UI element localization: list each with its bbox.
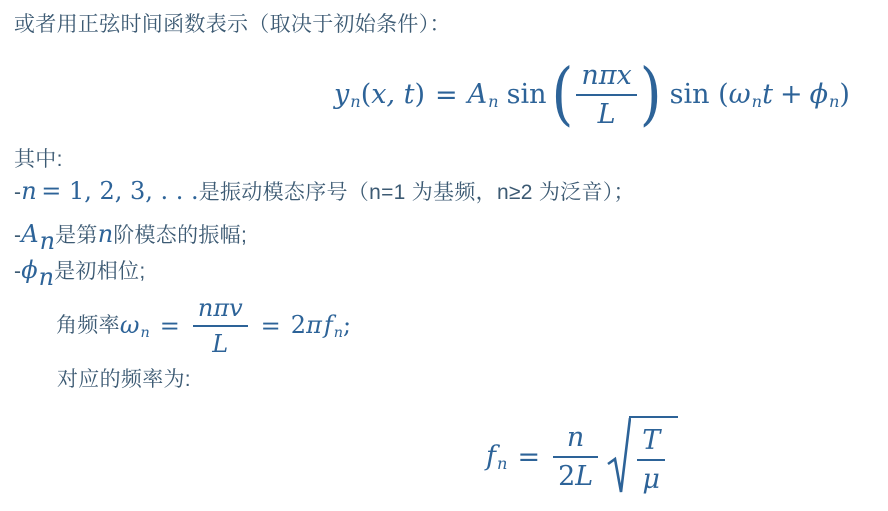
amp-text-2: 阶模态的振幅; [113, 224, 247, 247]
f2-square-root: T μ [607, 416, 678, 498]
omega-coef-2: 2 [291, 311, 306, 339]
f1-y: y [334, 79, 349, 110]
mode-var-n: n [21, 177, 36, 205]
document-page: 或者用正弦时间函数表示（取决于初始条件）： yn(x, t) = Ansin (… [0, 0, 888, 511]
frequency-formula: fn = n 2L T μ [486, 416, 678, 498]
amp-var-n: n [98, 220, 113, 248]
omega-equals-1: = [160, 312, 180, 340]
f2-f-sub: n [497, 454, 507, 473]
amp-var-sub: n [40, 227, 55, 255]
phase-var-sub: n [39, 263, 54, 291]
f1-args: x, t [371, 79, 414, 110]
omega-coef-pi: π [306, 311, 322, 339]
f1-close-paren: ) [415, 79, 426, 110]
omega-f: f [324, 311, 333, 339]
f1-big-close-paren: ) [640, 68, 662, 123]
omega-symbol: ω [120, 311, 140, 339]
f2-f: f [486, 441, 496, 472]
f2-den-L: L [575, 461, 593, 492]
omega-f-sub: n [334, 325, 343, 341]
f2-fraction-denominator: 2L [553, 458, 598, 492]
where-label: 其中: [14, 146, 63, 173]
f1-time-term: sin (ωnt+ϕn) [670, 79, 850, 112]
amp-text-1: 是第 [55, 224, 98, 247]
f1-phi-sub: n [829, 92, 839, 111]
f1-A-sub: n [488, 92, 498, 111]
omega-rhs: 2πfn; [291, 311, 351, 341]
f1-y-sub: n [350, 92, 360, 111]
f1-phi: ϕ [810, 79, 828, 110]
f1-omega-sub: n [752, 92, 762, 111]
f1-fraction-numerator: nπx [576, 60, 636, 94]
bullet-amplitude: -An是第n阶模态的振幅; [14, 220, 247, 255]
f1-sin2: sin [670, 79, 710, 110]
f1-fraction: nπx L [576, 60, 636, 130]
angular-frequency-label: 角频率 [56, 312, 120, 339]
f2-den-2: 2 [558, 461, 575, 492]
mode-eq: = 1, 2, 3, . . . [41, 177, 198, 205]
f1-equals: = [435, 80, 458, 111]
f2-lhs: fn [486, 441, 507, 474]
omega-sub: n [140, 325, 149, 341]
omega-semicolon: ; [343, 311, 351, 339]
f1-open-paren2: ( [718, 79, 729, 110]
f2-inner-fraction: T μ [637, 425, 665, 495]
f1-omega: ω [729, 79, 751, 110]
omega-fraction-numerator: nπv [193, 294, 248, 325]
bullet-phase: -ϕn是初相位; [14, 256, 145, 291]
f1-fraction-denominator: L [593, 96, 621, 130]
f1-big-open-paren: ( [552, 68, 574, 123]
f1-lhs: yn(x, t) [334, 79, 425, 112]
f2-fraction: n 2L [553, 422, 598, 492]
f1-open-paren: ( [361, 79, 372, 110]
frequency-intro: 对应的频率为: [57, 366, 191, 393]
f2-inner-denominator: μ [637, 461, 665, 495]
f1-A: A [468, 79, 488, 110]
f2-equals: = [517, 442, 540, 473]
phase-text: 是初相位; [54, 260, 145, 283]
intro-sentence: 或者用正弦时间函数表示（取决于初始条件）： [14, 11, 451, 38]
standing-wave-formula: yn(x, t) = Ansin ( nπx L ) sin (ωnt+ϕn) [334, 60, 850, 130]
f1-close-paren2: ) [839, 79, 850, 110]
f1-t: t [762, 79, 773, 110]
phase-var-phi: ϕ [21, 256, 37, 284]
sqrt-radical-icon [607, 416, 631, 498]
omega-fraction: nπv L [193, 294, 248, 358]
f1-plus: + [780, 79, 803, 110]
f2-inner-numerator: T [637, 425, 665, 459]
f2-fraction-numerator: n [562, 422, 589, 456]
omega-symbol-group: ωn [120, 311, 150, 341]
f2-radicand: T μ [629, 416, 678, 495]
f1-sin1: sin [507, 79, 547, 110]
f1-amplitude-term: Ansin [468, 79, 552, 112]
amp-var-A: A [21, 220, 38, 248]
angular-frequency-line: 角频率 ωn = nπv L = 2πfn; [56, 294, 351, 358]
omega-equals-2: = [261, 312, 281, 340]
mode-description: 是振动模态序号（n=1 为基频，n≥2 为泛音）； [199, 181, 635, 204]
bullet-mode-number: -n = 1, 2, 3, . . .是振动模态序号（n=1 为基频，n≥2 为… [14, 177, 635, 206]
omega-fraction-denominator: L [207, 327, 233, 358]
